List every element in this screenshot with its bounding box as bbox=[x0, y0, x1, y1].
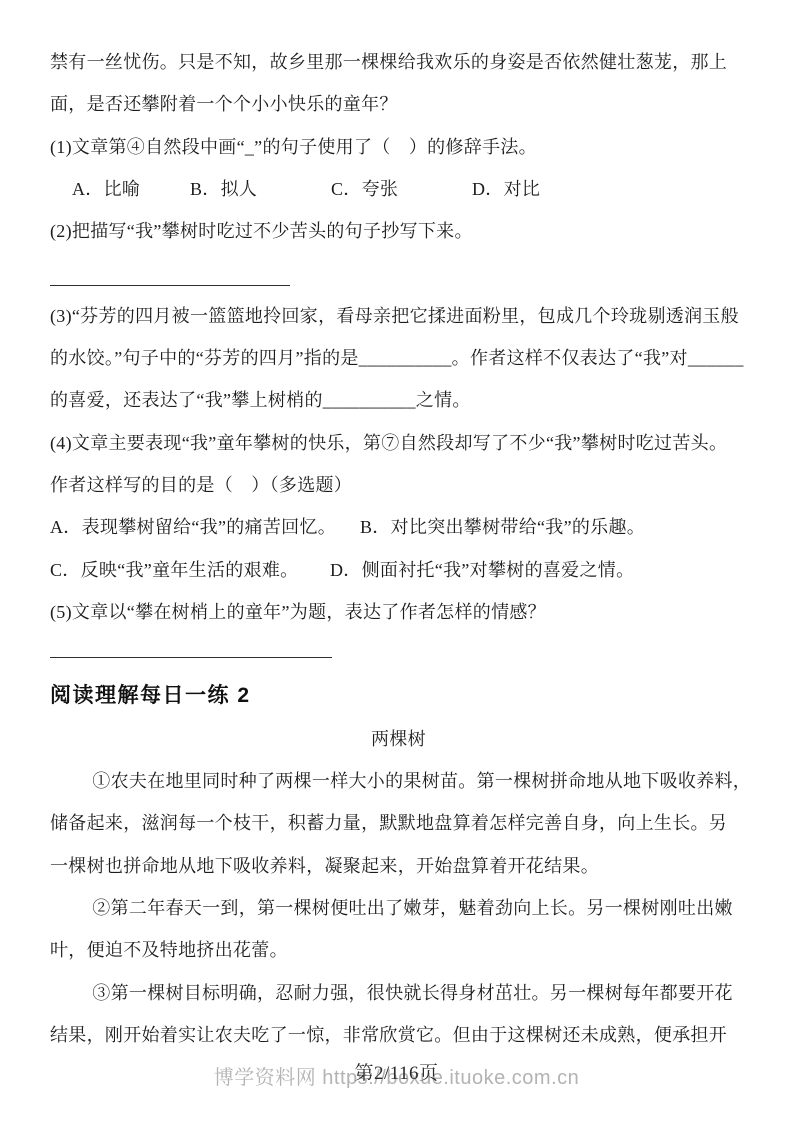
answer-line-slot-2 bbox=[50, 633, 747, 675]
passage-2-para-3-line-1: ③第一棵树目标明确，忍耐力强，很快就长得身材茁壮。另一棵树每年都要开花 bbox=[50, 972, 747, 1014]
answer-line bbox=[50, 285, 290, 286]
passage-2-para-3-line-2: 结果，刚开始着实让农夫吃了一惊，非常欣赏它。但由于这棵树还未成熟，便承担开 bbox=[50, 1014, 747, 1056]
question-4-line-1: (4)文章主要表现“我”童年攀树的快乐，第⑦自然段却写了不少“我”攀树时吃过苦头… bbox=[50, 422, 747, 464]
page-content: 禁有一丝忧伤。只是不知，故乡里那一棵棵给我欢乐的身姿是否依然健壮葱茏，那上 面，… bbox=[0, 0, 793, 1056]
question-4-options-row-1: A．表现攀树留给“我”的痛苦回忆。 B．对比突出攀树带给“我”的乐趣。 bbox=[50, 506, 747, 548]
question-3-line-2: 的水饺。”句子中的“芬芳的四月”指的是__________。作者这样不仅表达了“… bbox=[50, 337, 747, 379]
section-2-heading: 阅读理解每日一练 2 bbox=[50, 675, 747, 717]
answer-line-slot-1 bbox=[50, 252, 747, 294]
question-1: (1)文章第④自然段中画“_”的句子使用了（ ）的修辞手法。 bbox=[50, 126, 747, 168]
passage-2-para-2-line-2: 叶，便迫不及特地挤出花蕾。 bbox=[50, 929, 747, 971]
question-4-options-row-2: C．反映“我”童年生活的艰难。 D．侧面衬托“我”对攀树的喜爱之情。 bbox=[50, 549, 747, 591]
option-d: D．对比 bbox=[472, 168, 540, 210]
option-a: A．表现攀树留给“我”的痛苦回忆。 bbox=[50, 506, 360, 548]
option-c: C．夸张 bbox=[331, 168, 472, 210]
option-d: D．侧面衬托“我”对攀树的喜爱之情。 bbox=[330, 549, 634, 591]
passage-2-title: 两棵树 bbox=[50, 718, 747, 760]
page-footer: 博学资料网 https://boxue.ituoke.com.cn 第2/116… bbox=[0, 1056, 793, 1100]
passage-2-para-1-line-1: ①农夫在地里同时种了两棵一样大小的果树苗。第一棵树拼命地从地下吸收养料， bbox=[50, 760, 747, 802]
passage1-tail-line-1: 禁有一丝忧伤。只是不知，故乡里那一棵棵给我欢乐的身姿是否依然健壮葱茏，那上 bbox=[50, 41, 747, 83]
option-b: B．对比突出攀树带给“我”的乐趣。 bbox=[360, 506, 645, 548]
question-4-line-2: 作者这样写的目的是（ ）（多选题） bbox=[50, 464, 747, 506]
option-a: A．比喻 bbox=[72, 168, 190, 210]
passage1-tail-line-2: 面，是否还攀附着一个个小小快乐的童年？ bbox=[50, 83, 747, 125]
question-5: (5)文章以“攀在树梢上的童年”为题，表达了作者怎样的情感？ bbox=[50, 591, 747, 633]
option-c: C．反映“我”童年生活的艰难。 bbox=[50, 549, 330, 591]
page-number: 第2/116页 bbox=[354, 1058, 438, 1085]
worksheet-page: 禁有一丝忧伤。只是不知，故乡里那一棵棵给我欢乐的身姿是否依然健壮葱茏，那上 面，… bbox=[0, 0, 793, 1122]
passage-2-para-1-line-3: 一棵树也拼命地从地下吸收养料，凝聚起来，开始盘算着开花结果。 bbox=[50, 845, 747, 887]
answer-line bbox=[50, 657, 332, 658]
question-1-options: A．比喻 B．拟人 C．夸张 D．对比 bbox=[50, 168, 747, 210]
option-b: B．拟人 bbox=[190, 168, 331, 210]
question-3-line-3: 的喜爱，还表达了“我”攀上树梢的__________之情。 bbox=[50, 379, 747, 421]
passage-2-para-2-line-1: ②第二年春天一到，第一棵树便吐出了嫩芽，魅着劲向上长。另一棵树刚吐出嫩 bbox=[50, 887, 747, 929]
question-2: (2)把描写“我”攀树时吃过不少苦头的句子抄写下来。 bbox=[50, 210, 747, 252]
question-3-line-1: (3)“芬芳的四月被一篮篮地拎回家，看母亲把它揉进面粉里，包成几个玲珑剔透润玉般 bbox=[50, 295, 747, 337]
passage-2-para-1-line-2: 储备起来，滋润每一个枝干，积蓄力量，默默地盘算着怎样完善自身，向上生长。另 bbox=[50, 802, 747, 844]
